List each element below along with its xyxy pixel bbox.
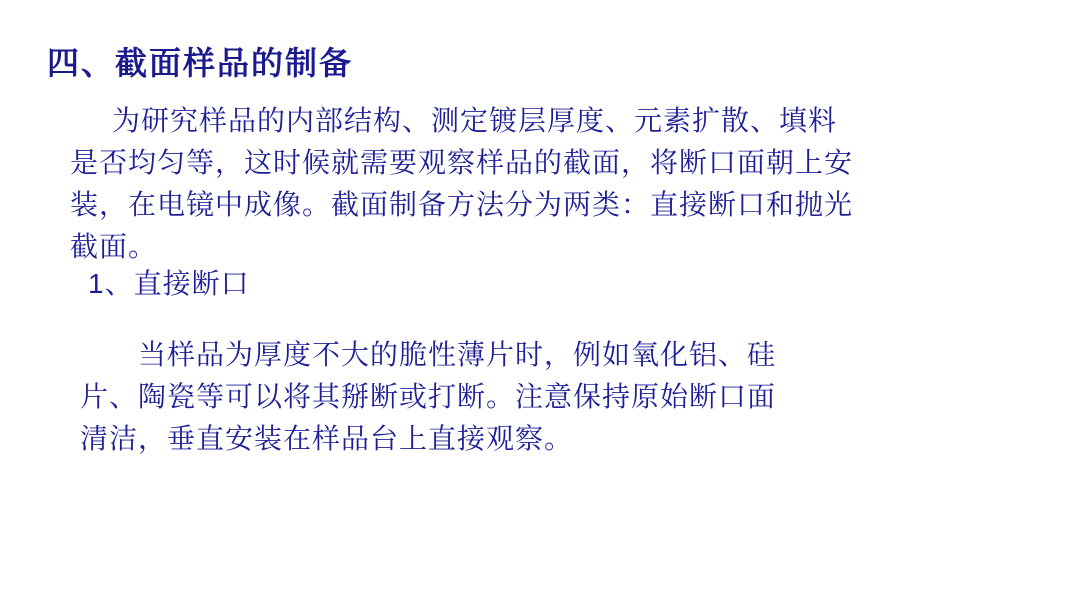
direct-fracture-line-1: 当样品为厚度不大的脆性薄片时，例如氧化铝、硅 (80, 334, 776, 376)
intro-line-3: 装，在电镜中成像。截面制备方法分为两类：直接断口和抛光 (70, 184, 853, 226)
presentation-slide: 四、截面样品的制备 为研究样品的内部结构、测定镀层厚度、元素扩散、填料 是否均匀… (0, 0, 1080, 608)
direct-fracture-paragraph: 当样品为厚度不大的脆性薄片时，例如氧化铝、硅 片、陶瓷等可以将其掰断或打断。注意… (80, 334, 776, 460)
intro-paragraph: 为研究样品的内部结构、测定镀层厚度、元素扩散、填料 是否均匀等，这时候就需要观察… (70, 100, 853, 268)
intro-line-1: 为研究样品的内部结构、测定镀层厚度、元素扩散、填料 (70, 100, 853, 142)
section-heading-direct-fracture: 1、直接断口 (88, 262, 250, 302)
intro-line-2: 是否均匀等，这时候就需要观察样品的截面，将断口面朝上安 (70, 142, 853, 184)
direct-fracture-line-2: 片、陶瓷等可以将其掰断或打断。注意保持原始断口面 (80, 376, 776, 418)
slide-title: 四、截面样品的制备 (47, 38, 353, 84)
direct-fracture-line-3: 清洁，垂直安装在样品台上直接观察。 (80, 418, 776, 460)
